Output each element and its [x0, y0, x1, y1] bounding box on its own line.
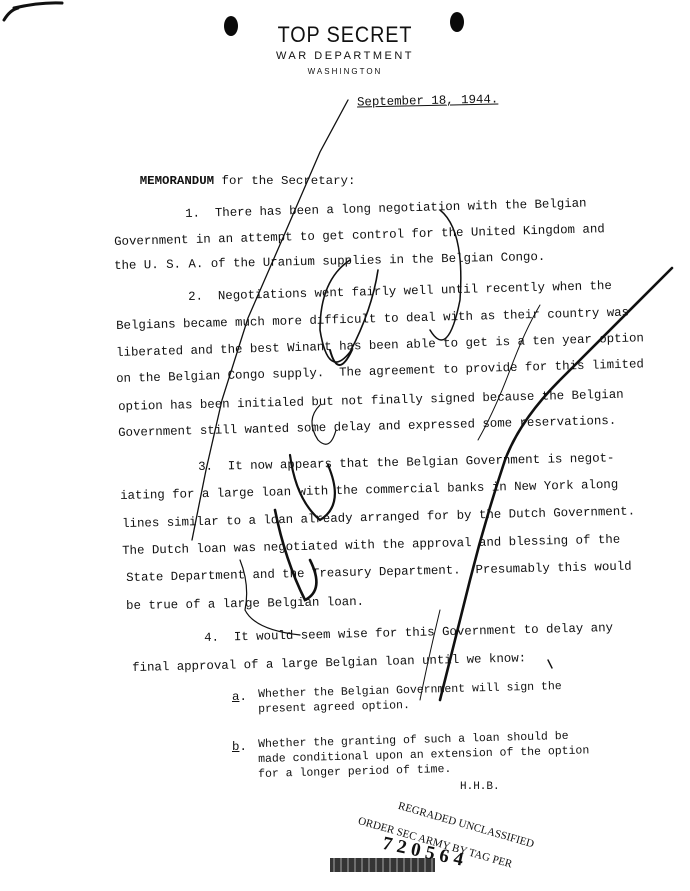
redacted-classification-mark — [330, 858, 435, 872]
subitem-letter: b — [232, 740, 239, 754]
subitem-marker-b: b. — [232, 741, 247, 753]
salutation-rest: for the Secretary: — [214, 174, 355, 188]
memo-page: TOP SECRET WAR DEPARTMENT WASHINGTON Sep… — [0, 0, 690, 891]
memo-line: State Department and the Treasury Depart… — [126, 561, 632, 585]
memo-line: 2. Negotiations went fairly well until r… — [188, 280, 612, 303]
department-heading: WAR DEPARTMENT — [0, 50, 690, 62]
memo-line: option has been initialed but not finall… — [118, 389, 624, 414]
subitem-letter: a — [232, 690, 239, 704]
memo-line: final approval of a large Belgian loan u… — [132, 652, 526, 674]
signature-initials: H.H.B. — [460, 782, 500, 793]
classification-heading: TOP SECRET — [35, 22, 656, 48]
salutation-bold: MEMORANDUM — [140, 174, 214, 188]
memo-line: be true of a large Belgian loan. — [126, 596, 364, 613]
subitem-line: Whether the Belgian Government will sign… — [258, 681, 562, 700]
city-heading: WASHINGTON — [0, 67, 690, 76]
memo-line: 3. It now appears that the Belgian Gover… — [198, 452, 615, 473]
memo-line: Belgians became much more difficult to d… — [116, 307, 629, 333]
memo-line: liberated and the best Winant has been a… — [116, 332, 644, 359]
subitem-line: for a longer period of time. — [258, 764, 451, 781]
memo-line: 4. It would seem wise for this Governmen… — [204, 622, 613, 644]
memo-line: the U. S. A. of the Uranium supplies in … — [114, 251, 545, 272]
memo-line: lines similar to a loan already arranged… — [122, 505, 635, 530]
memo-line: Government still wanted some delay and e… — [118, 415, 616, 440]
memo-line: Government in an attempt to get control … — [114, 223, 605, 248]
memo-line: 1. There has been a long negotiation wit… — [185, 197, 587, 220]
memo-line: iating for a large loan with the commerc… — [120, 479, 618, 503]
memo-line: on the Belgian Congo supply. The agreeme… — [116, 358, 644, 385]
subitem-marker-a: a. — [232, 691, 247, 703]
memo-line: The Dutch loan was negotiated with the a… — [122, 534, 620, 558]
subitem-line: present agreed option. — [258, 700, 410, 715]
memo-salutation: MEMORANDUM for the Secretary: — [110, 163, 355, 200]
memo-date: September 18, 1944. — [357, 94, 499, 109]
